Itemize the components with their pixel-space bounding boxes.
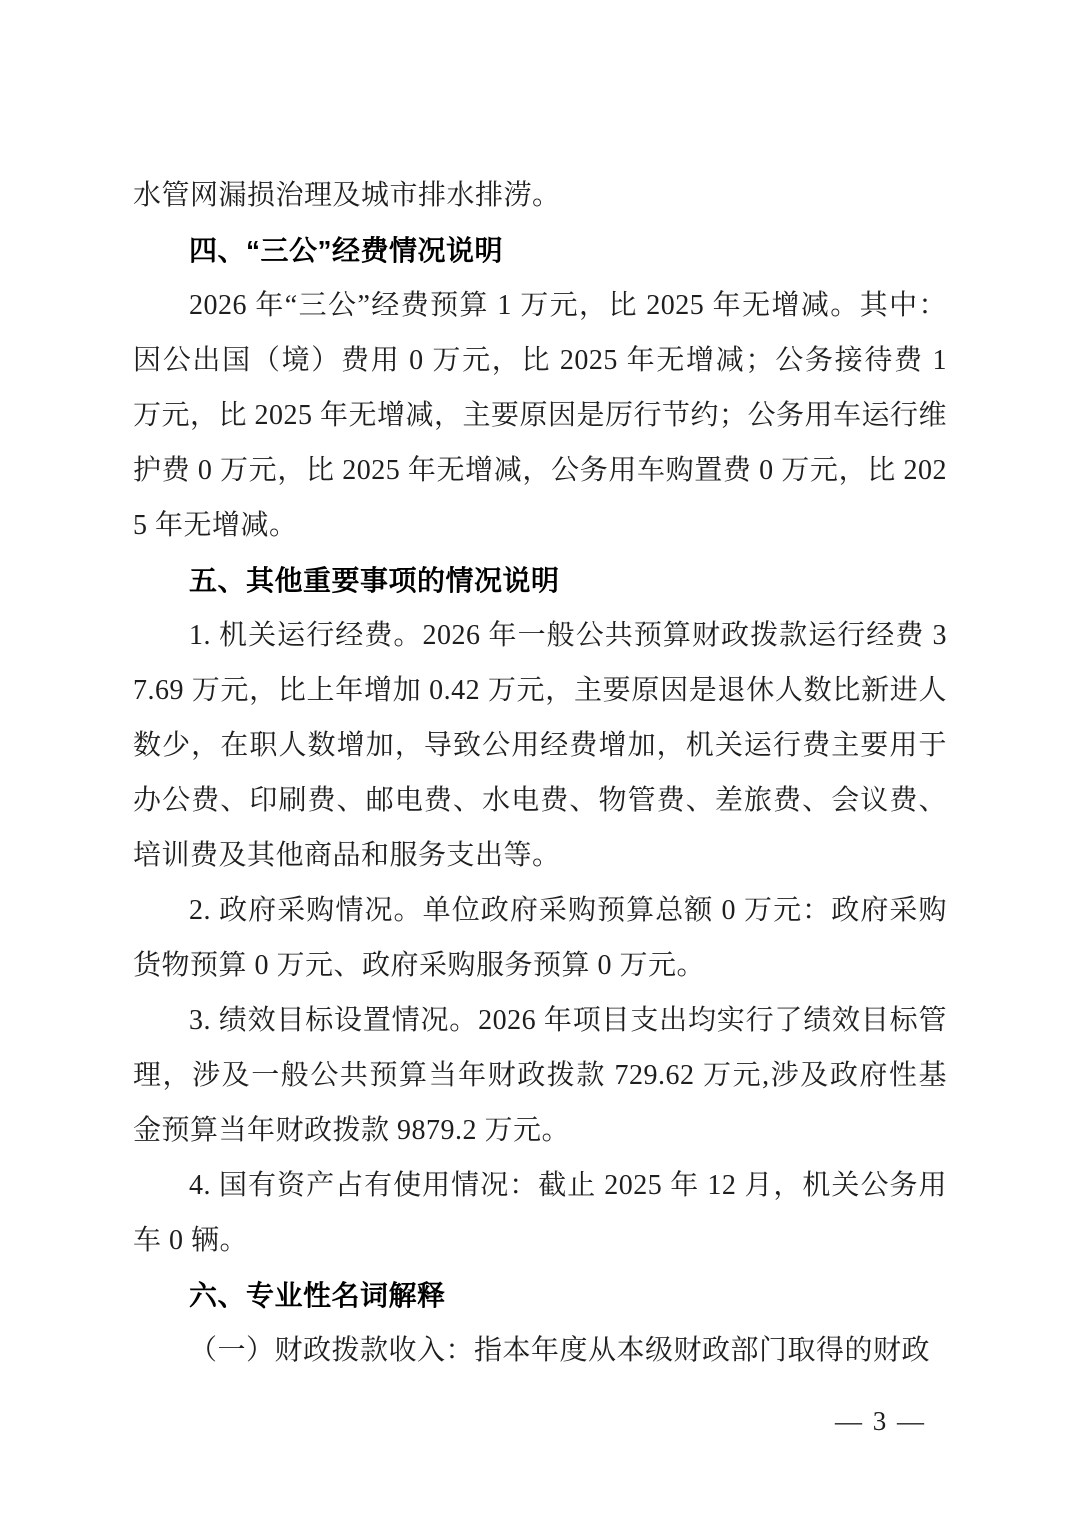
document-body: 水管网漏损治理及城市排水排涝。四、“三公”经费情况说明2026 年“三公”经费预…: [133, 168, 947, 1378]
paragraph: 2026 年“三公”经费预算 1 万元，比 2025 年无增减。其中：因公出国（…: [133, 278, 947, 553]
section-heading: 五、其他重要事项的情况说明: [133, 553, 947, 608]
paragraph: 1. 机关运行经费。2026 年一般公共预算财政拨款运行经费 37.69 万元，…: [133, 608, 947, 883]
document-page: 水管网漏损治理及城市排水排涝。四、“三公”经费情况说明2026 年“三公”经费预…: [0, 0, 1074, 1520]
paragraph: 3. 绩效目标设置情况。2026 年项目支出均实行了绩效目标管理，涉及一般公共预…: [133, 993, 947, 1158]
paragraph: 2. 政府采购情况。单位政府采购预算总额 0 万元：政府采购货物预算 0 万元、…: [133, 883, 947, 993]
paragraph-continuation: 水管网漏损治理及城市排水排涝。: [133, 168, 947, 223]
paragraph: 4. 国有资产占有使用情况：截止 2025 年 12 月，机关公务用车 0 辆。: [133, 1158, 947, 1268]
paragraph: （一）财政拨款收入：指本年度从本级财政部门取得的财政: [133, 1323, 947, 1378]
page-number: — 3 —: [835, 1404, 926, 1438]
section-heading: 四、“三公”经费情况说明: [133, 223, 947, 278]
section-heading: 六、专业性名词解释: [133, 1268, 947, 1323]
